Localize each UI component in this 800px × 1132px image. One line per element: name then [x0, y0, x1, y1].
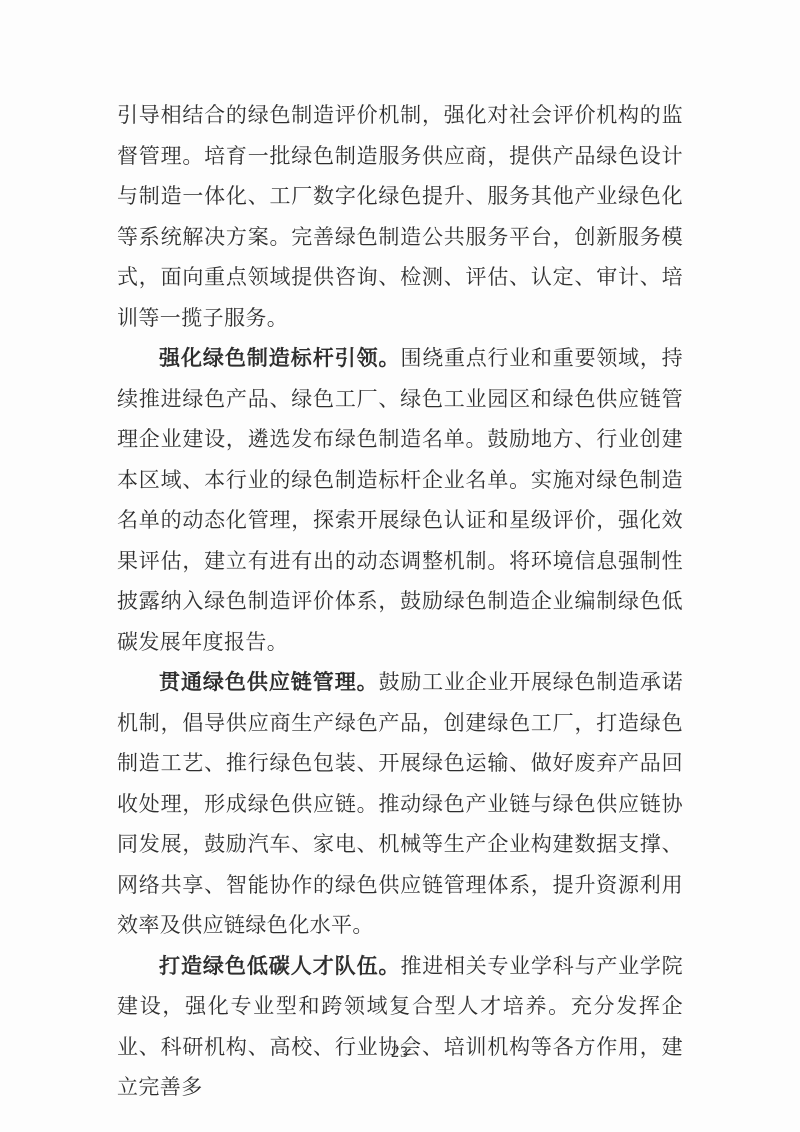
- paragraph-lead: 强化绿色制造标杆引领。: [159, 346, 401, 370]
- paragraph-body: 鼓励工业企业开展绿色制造承诺机制，倡导供应商生产绿色产品，创建绿色工厂，打造绿色…: [117, 670, 683, 937]
- paragraph: 打造绿色低碳人才队伍。推进相关专业学科与产业学院建设，强化专业型和跨领域复合型人…: [117, 946, 683, 1108]
- paragraph-body: 围绕重点行业和重要领域，持续推进绿色产品、绿色工厂、绿色工业园区和绿色供应链管理…: [117, 346, 683, 654]
- paragraph: 贯通绿色供应链管理。鼓励工业企业开展绿色制造承诺机制，倡导供应商生产绿色产品，创…: [117, 662, 683, 946]
- paragraph: 引导相结合的绿色制造评价机制，强化对社会评价机构的监督管理。培育一批绿色制造服务…: [117, 95, 683, 338]
- page-number: 23: [0, 1044, 800, 1062]
- paragraph: 强化绿色制造标杆引领。围绕重点行业和重要领域，持续推进绿色产品、绿色工厂、绿色工…: [117, 338, 683, 662]
- paragraph-lead: 打造绿色低碳人才队伍。: [159, 954, 401, 978]
- paragraph-body: 引导相结合的绿色制造评价机制，强化对社会评价机构的监督管理。培育一批绿色制造服务…: [117, 103, 683, 330]
- document-page: 引导相结合的绿色制造评价机制，强化对社会评价机构的监督管理。培育一批绿色制造服务…: [0, 0, 800, 1132]
- document-text-body: 引导相结合的绿色制造评价机制，强化对社会评价机构的监督管理。培育一批绿色制造服务…: [117, 95, 683, 1108]
- paragraph-lead: 贯通绿色供应链管理。: [159, 670, 379, 694]
